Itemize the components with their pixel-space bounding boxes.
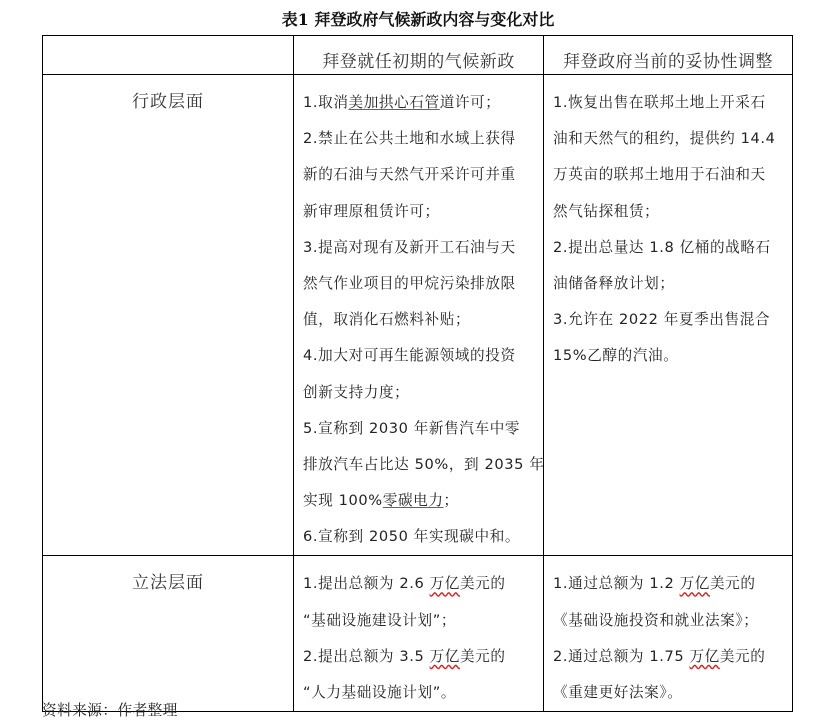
table-row-legislative: 立法层面 1.提出总额为 2.6 万亿美元的“基础设施建设计划”；2.提出总额为… — [43, 556, 793, 712]
text-line: 油和天然气的租约，提供约 14.4 — [553, 121, 784, 157]
text-segment: 美元的 — [720, 648, 766, 665]
text-segment: 然气作业项目的甲烷污染排放限 — [303, 275, 516, 292]
row-label: 立法层面 — [43, 556, 293, 593]
text-segment: 2.提出总额为 3.5 — [303, 648, 430, 665]
current-adjustment-cell: 1.恢复出售在联邦土地上开采石油和天然气的租约，提供约 14.4万英亩的联邦土地… — [544, 75, 793, 556]
text-line: 新的石油与天然气开采许可并重 — [303, 157, 535, 193]
text-segment: 油和天然气的租约，提供约 14.4 — [553, 130, 775, 147]
initial-policy-cell: 1.取消美加拱心石管道许可；2.禁止在公共土地和水域上获得新的石油与天然气开采许… — [294, 75, 544, 556]
text-segment: 6.宣称到 2050 年实现碳中和。 — [303, 528, 520, 545]
text-segment: 1.取消 — [303, 94, 349, 111]
row-label-cell: 立法层面 — [43, 556, 294, 712]
current-adjustment-cell: 1.通过总额为 1.2 万亿美元的《基础设施投资和就业法案》；2.通过总额为 1… — [544, 556, 793, 712]
text-line: “基础设施建设计划”； — [303, 603, 535, 639]
text-segment: 2.禁止在公共土地和水域上获得 — [303, 130, 516, 147]
text-segment: 美元的 — [460, 648, 506, 665]
text-line: 1.取消美加拱心石管道许可； — [303, 85, 535, 121]
text-line: 3.允许在 2022 年夏季出售混合 — [553, 302, 784, 338]
text-segment: 4.加大对可再生能源领域的投资 — [303, 347, 516, 364]
text-segment: 1.恢复出售在联邦土地上开采石 — [553, 94, 766, 111]
header-cell-initial-policy: 拜登就任初期的气候新政 — [294, 36, 544, 75]
text-line: 《基础设施投资和就业法案》； — [553, 603, 784, 639]
text-line: 1.通过总额为 1.2 万亿美元的 — [553, 566, 784, 602]
text-line: 1.提出总额为 2.6 万亿美元的 — [303, 566, 535, 602]
text-line: 油储备释放计划； — [553, 266, 784, 302]
text-segment: 然气钻探租赁； — [553, 203, 659, 220]
text-segment: 创新支持力度； — [303, 384, 409, 401]
text-segment: 道许可； — [440, 94, 501, 111]
text-line: 新审理原租赁许可； — [303, 194, 535, 230]
table-row-administrative: 行政层面 1.取消美加拱心石管道许可；2.禁止在公共土地和水域上获得新的石油与天… — [43, 75, 793, 556]
text-segment: 1.通过总额为 1.2 — [553, 575, 680, 592]
header-cell-current-adjustment: 拜登政府当前的妥协性调整 — [544, 36, 793, 75]
text-line: 5.宣称到 2030 年新售汽车中零 — [303, 411, 535, 447]
source-note: 资料来源：作者整理 — [42, 699, 178, 720]
text-segment: 3.允许在 2022 年夏季出售混合 — [553, 311, 770, 328]
text-segment: 美元的 — [460, 575, 506, 592]
text-line: 2.提出总量达 1.8 亿桶的战略石 — [553, 230, 784, 266]
grammar-underlined-text: 零碳电力 — [383, 492, 444, 509]
text-line: 2.提出总额为 3.5 万亿美元的 — [303, 639, 535, 675]
spellcheck-underlined-text: 万亿 — [430, 575, 460, 592]
text-segment: 万英亩的联邦土地用于石油和天 — [553, 166, 766, 183]
initial-policy-cell: 1.提出总额为 2.6 万亿美元的“基础设施建设计划”；2.提出总额为 3.5 … — [294, 556, 544, 712]
spellcheck-underlined-text: 万亿 — [689, 648, 719, 665]
text-segment: 排放汽车占比达 50%，到 2035 年 — [303, 456, 544, 473]
text-line: 6.宣称到 2050 年实现碳中和。 — [303, 519, 535, 555]
spellcheck-underlined-text: 万亿 — [430, 648, 460, 665]
text-line: 3.提高对现有及新开工石油与天 — [303, 230, 535, 266]
text-line: 2.禁止在公共土地和水域上获得 — [303, 121, 535, 157]
text-line: 15%乙醇的汽油。 — [553, 338, 784, 374]
text-line: 排放汽车占比达 50%，到 2035 年 — [303, 447, 535, 483]
text-segment: 新审理原租赁许可； — [303, 203, 440, 220]
text-line: 《重建更好法案》。 — [553, 675, 784, 711]
text-line: 万英亩的联邦土地用于石油和天 — [553, 157, 784, 193]
text-segment: ； — [444, 492, 459, 509]
text-segment: “人力基础设施计划”。 — [303, 684, 456, 701]
table-caption: 表1 拜登政府气候新政内容与变化对比 — [0, 8, 836, 32]
text-line: “人力基础设施计划”。 — [303, 675, 535, 711]
text-line: 2.通过总额为 1.75 万亿美元的 — [553, 639, 784, 675]
text-segment: 值，取消化石燃料补贴； — [303, 311, 470, 328]
text-segment: 实现 100% — [303, 492, 383, 509]
text-segment: 2.提出总量达 1.8 亿桶的战略石 — [553, 239, 771, 256]
text-segment: 美元的 — [710, 575, 756, 592]
text-segment: 《基础设施投资和就业法案》； — [553, 612, 758, 629]
text-segment: 1.提出总额为 2.6 — [303, 575, 430, 592]
policy-comparison-table: 拜登就任初期的气候新政 拜登政府当前的妥协性调整 行政层面 1.取消美加拱心石管… — [42, 35, 793, 712]
text-segment: 15%乙醇的汽油。 — [553, 347, 678, 364]
text-line: 4.加大对可再生能源领域的投资 — [303, 338, 535, 374]
text-segment: 《重建更好法案》。 — [553, 684, 682, 701]
text-line: 实现 100%零碳电力； — [303, 483, 535, 519]
text-segment: 新的石油与天然气开采许可并重 — [303, 166, 516, 183]
spellcheck-underlined-text: 万亿 — [680, 575, 710, 592]
text-line: 1.恢复出售在联邦土地上开采石 — [553, 85, 784, 121]
text-segment: 3.提高对现有及新开工石油与天 — [303, 239, 516, 256]
text-segment: 5.宣称到 2030 年新售汽车中零 — [303, 420, 520, 437]
text-line: 然气作业项目的甲烷污染排放限 — [303, 266, 535, 302]
text-segment: 油储备释放计划； — [553, 275, 675, 292]
text-segment: 2.通过总额为 1.75 — [553, 648, 689, 665]
header-cell-level — [43, 36, 294, 75]
text-line: 创新支持力度； — [303, 375, 535, 411]
row-label-cell: 行政层面 — [43, 75, 294, 556]
text-line: 然气钻探租赁； — [553, 194, 784, 230]
grammar-underlined-text: 美加拱心石管 — [349, 94, 440, 111]
row-label: 行政层面 — [43, 75, 293, 112]
text-segment: “基础设施建设计划”； — [303, 612, 456, 629]
text-line: 值，取消化石燃料补贴； — [303, 302, 535, 338]
table-header-row: 拜登就任初期的气候新政 拜登政府当前的妥协性调整 — [43, 36, 793, 75]
